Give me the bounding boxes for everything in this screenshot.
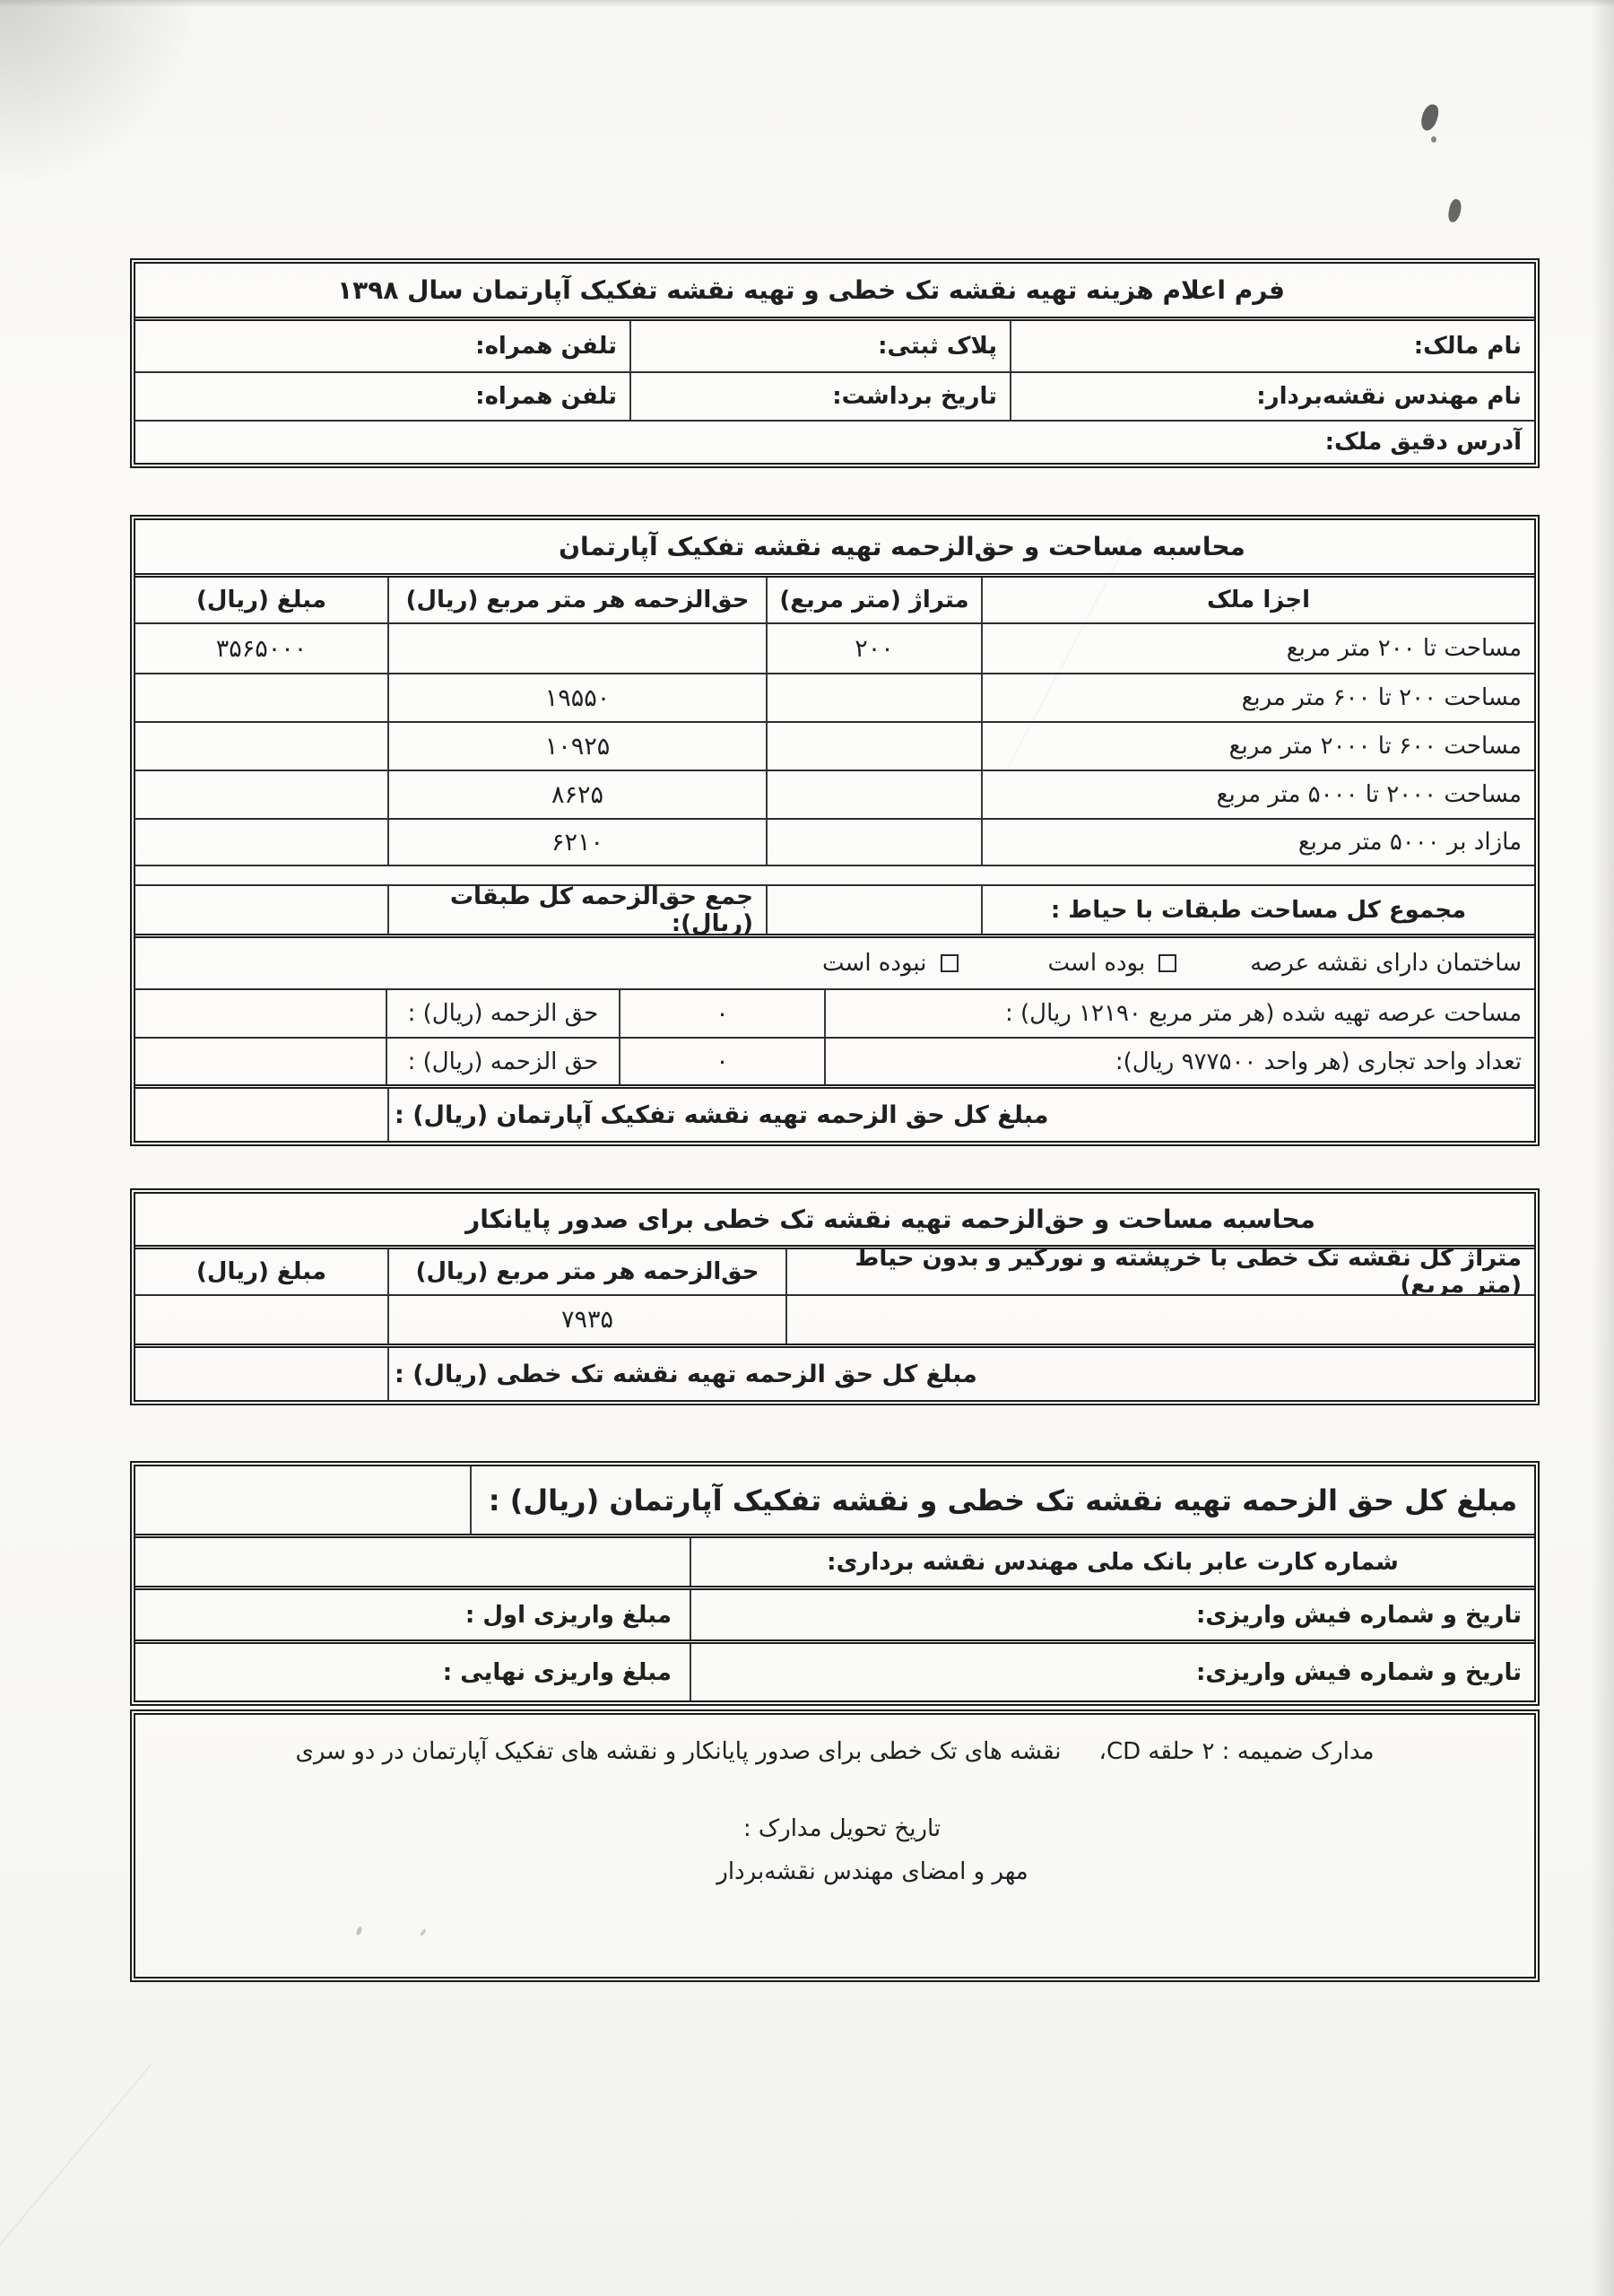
rate-value: ۸۶۲۵ [387,771,766,818]
single-line-grand-total-label: مبلغ کل حق الزحمه تهیه نقشه تک خطی (ریال… [387,1348,1534,1400]
area-value [766,674,981,721]
subdivision-grand-total-row: مبلغ کل حق الزحمه تهیه نقشه تفکیک آپارتم… [135,1089,1534,1141]
total-floor-area-value [766,886,981,934]
receipt-number-label: تاریخ و شماره فیش واریزی: [690,1644,1534,1700]
single-line-grand-total-value [135,1348,387,1400]
header-info-table: فرم اعلام هزینه تهیه نقشه تک خطی و تهیه … [130,258,1540,468]
totals-row: مجموع کل مساحت طبقات با حیاط : جمع حق‌ال… [135,886,1534,938]
subdivision-grand-total-value [135,1089,387,1141]
delivery-date-row: تاریخ تحویل مدارک : [135,1815,1534,1842]
scan-shadow-top-edge [0,0,1614,7]
payment-table: مبلغ کل حق الزحمه تهیه نقشه تک خطی و نقش… [130,1461,1540,1706]
survey-date-label: تاریخ برداشت: [629,373,1010,420]
parcel-map-no-option: نبوده است [822,950,959,977]
column-header-amount: مبلغ (ریال) [135,1249,387,1294]
amount-value [135,1296,387,1344]
parcel-map-row: ساختمان دارای نقشه عرصه بوده است نبوده ا… [135,938,1534,990]
commercial-fee-label: حق الزحمه (ریال) : [386,1039,619,1084]
column-header-rate: حق‌الزحمه هر متر مربع (ریال) [387,1249,785,1294]
subdivision-title-row: محاسبه مساحت و حق‌الزحمه تهیه نقشه تفکیک… [135,520,1534,578]
bank-card-number-value [135,1538,690,1586]
registration-plate-label: پلاک ثبتی: [629,321,1010,371]
amount-value [135,771,387,818]
final-deposit-row: تاریخ و شماره فیش واریزی: مبلغ واریزی نه… [135,1644,1534,1700]
amount-value [135,674,387,721]
grand-total-row: مبلغ کل حق الزحمه تهیه نقشه تک خطی و نقش… [135,1466,1534,1538]
attachments-box: مدارک ضمیمه : ۲ حلقه CD، نقشه های تک خطی… [130,1709,1540,1982]
table-row: مساحت تا ۲۰۰ متر مربع ۲۰۰ ۳۵۶۵۰۰۰ [135,624,1534,674]
ink-speck [1431,136,1436,143]
amount-value [135,820,387,865]
rate-value: ۷۹۳۵ [387,1296,785,1344]
column-header-total-area: متراژ کل نقشه تک خطی با خرپشته و نورگیر … [785,1249,1534,1294]
parcel-map-label: ساختمان دارای نقشه عرصه [1250,950,1522,977]
area-tier-label: مازاد بر ۵۰۰۰ متر مربع [981,820,1534,865]
table-row: مساحت ۶۰۰ تا ۲۰۰۰ متر مربع ۱۰۹۲۵ [135,723,1534,771]
total-floors-fee-value [135,886,387,934]
amount-value: ۳۵۶۵۰۰۰ [135,624,387,673]
single-line-title-row: محاسبه مساحت و حق‌الزحمه تهیه نقشه تک خط… [135,1194,1534,1249]
area-value: ۲۰۰ [766,624,981,673]
scanned-fee-form-page: فرم اعلام هزینه تهیه نقشه تک خطی و تهیه … [0,0,1614,2296]
rate-value [387,624,766,673]
area-tier-label: مساحت تا ۲۰۰ متر مربع [981,624,1534,673]
subdivision-grand-total-label: مبلغ کل حق الزحمه تهیه نقشه تفکیک آپارتم… [387,1089,1534,1141]
commercial-units-row: تعداد واحد تجاری (هر واحد ۹۷۷۵۰۰ ریال): … [135,1039,1534,1089]
subdivision-table-title: محاسبه مساحت و حق‌الزحمه تهیه نقشه تفکیک… [203,520,1601,573]
first-deposit-row: تاریخ و شماره فیش واریزی: مبلغ واریزی او… [135,1590,1534,1644]
total-floor-area-label: مجموع کل مساحت طبقات با حیاط : [981,886,1534,934]
bank-card-row: شماره کارت عابر بانک ملی مهندس نقشه بردا… [135,1538,1534,1590]
mobile-phone-label: تلفن همراه: [135,321,629,371]
single-line-value-row: ۷۹۳۵ [135,1296,1534,1348]
single-line-grand-total-row: مبلغ کل حق الزحمه تهیه نقشه تک خطی (ریال… [135,1348,1534,1400]
area-value [766,820,981,865]
engineer-row: نام مهندس نقشه‌بردار: تاریخ برداشت: تلفن… [135,373,1534,422]
single-line-table-title: محاسبه مساحت و حق‌الزحمه تهیه نقشه تک خط… [191,1194,1590,1245]
subdivision-header-row: اجزا ملک متراژ (متر مربع) حق‌الزحمه هر م… [135,578,1534,624]
rate-value: ۱۹۵۵۰ [387,674,766,721]
yes-checkbox [1158,954,1176,972]
single-line-header-row: متراژ کل نقشه تک خطی با خرپشته و نورگیر … [135,1249,1534,1296]
parcel-fee-value [135,990,386,1037]
commercial-units-value: ۰ [619,1039,824,1084]
overall-grand-total-value [135,1466,470,1534]
address-row: آدرس دقیق ملک: [135,422,1534,463]
rate-value: ۶۲۱۰ [387,820,766,865]
form-title: فرم اعلام هزینه تهیه نقشه تک خطی و تهیه … [135,264,1534,317]
surveyor-engineer-label: نام مهندس نقشه‌بردار: [1010,373,1534,420]
table-row: مازاد بر ۵۰۰۰ متر مربع ۶۲۱۰ [135,820,1534,866]
table-row: مساحت ۲۰۰ تا ۶۰۰ متر مربع ۱۹۵۵۰ [135,674,1534,723]
attachments-description: نقشه های تک خطی برای صدور پایانکار و نقش… [295,1738,1061,1765]
column-header-amount: مبلغ (ریال) [135,578,387,622]
table-row: مساحت ۲۰۰۰ تا ۵۰۰۰ متر مربع ۸۶۲۵ [135,771,1534,820]
area-tier-label: مساحت ۶۰۰ تا ۲۰۰۰ متر مربع [981,723,1534,770]
parcel-area-row: مساحت عرصه تهیه شده (هر متر مربع ۱۲۱۹۰ ر… [135,990,1534,1039]
parcel-fee-label: حق الزحمه (ریال) : [386,990,619,1037]
ink-blot [1447,198,1462,223]
total-area-value [785,1296,1534,1344]
owner-row: نام مالک: پلاک ثبتی: تلفن همراه: [135,321,1534,373]
no-label: نبوده است [822,950,927,977]
attachments-intro: مدارک ضمیمه : ۲ حلقه CD، [1099,1738,1375,1765]
area-value [766,771,981,818]
area-tier-label: مساحت ۲۰۰ تا ۶۰۰ متر مربع [981,674,1534,721]
signature-row: مهر و امضای مهندس نقشه‌بردار [135,1858,1534,1885]
no-checkbox [941,954,959,972]
rate-value: ۱۰۹۲۵ [387,723,766,770]
overall-grand-total-label: مبلغ کل حق الزحمه تهیه نقشه تک خطی و نقش… [470,1466,1534,1534]
mobile-phone-label: تلفن همراه: [135,373,629,420]
final-deposit-amount-label: مبلغ واریزی نهایی : [135,1644,690,1700]
engineer-stamp-signature-label: مهر و امضای مهندس نقشه‌بردار [716,1858,1028,1885]
scan-shadow-right-edge [1591,0,1614,2296]
paper-crease [0,2062,153,2296]
parcel-map-question: ساختمان دارای نقشه عرصه بوده است نبوده ا… [135,938,1534,988]
parcel-area-value: ۰ [619,990,824,1037]
area-value [766,723,981,770]
property-address-label: آدرس دقیق ملک: [135,422,1534,463]
form-title-row: فرم اعلام هزینه تهیه نقشه تک خطی و تهیه … [135,264,1534,321]
attachments-row: مدارک ضمیمه : ۲ حلقه CD، نقشه های تک خطی… [135,1738,1534,1765]
subdivision-fee-table: محاسبه مساحت و حق‌الزحمه تهیه نقشه تفکیک… [130,515,1540,1146]
scan-shadow-top-left [0,0,197,188]
spacer-row [135,866,1534,886]
documents-delivery-date-label: تاریخ تحویل مدارک : [743,1815,941,1842]
column-header-area: متراژ (متر مربع) [766,578,981,622]
commercial-fee-value [135,1039,386,1084]
ink-blot [1419,102,1441,132]
single-line-fee-table: محاسبه مساحت و حق‌الزحمه تهیه نقشه تک خط… [130,1188,1540,1405]
first-deposit-amount-label: مبلغ واریزی اول : [135,1590,690,1639]
yes-label: بوده است [1048,950,1146,977]
parcel-map-yes-option: بوده است [1048,950,1177,977]
parcel-area-label: مساحت عرصه تهیه شده (هر متر مربع ۱۲۱۹۰ ر… [824,990,1534,1037]
bank-card-number-label: شماره کارت عابر بانک ملی مهندس نقشه بردا… [690,1538,1534,1586]
owner-name-label: نام مالک: [1010,321,1534,371]
total-floors-fee-label: جمع حق‌الزحمه کل طبقات (ریال): [387,886,766,934]
receipt-number-label: تاریخ و شماره فیش واریزی: [690,1590,1534,1639]
commercial-units-label: تعداد واحد تجاری (هر واحد ۹۷۷۵۰۰ ریال): [824,1039,1534,1084]
column-header-rate: حق‌الزحمه هر متر مربع (ریال) [387,578,766,622]
column-header-component: اجزا ملک [981,578,1534,622]
amount-value [135,723,387,770]
area-tier-label: مساحت ۲۰۰۰ تا ۵۰۰۰ متر مربع [981,771,1534,818]
